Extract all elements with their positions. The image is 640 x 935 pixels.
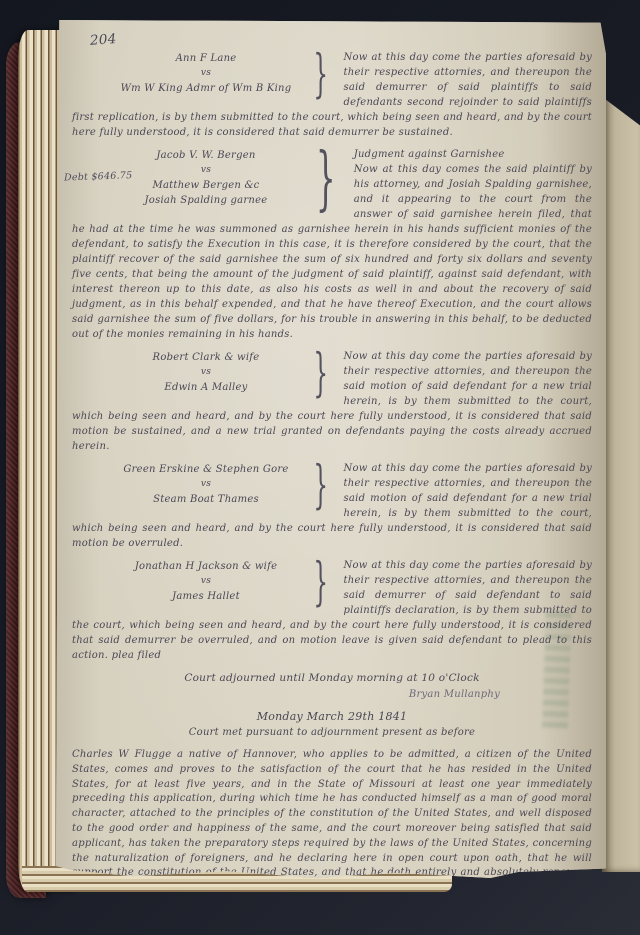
plaintiff-name: Robert Clark & wife	[153, 352, 260, 363]
ledger-page: 204 Ann F Lane vs Wm W King Admr of Wm B…	[56, 20, 606, 878]
defendant-name: Edwin A Malley	[164, 382, 247, 393]
facing-page-edge	[602, 56, 640, 872]
defendant-name: Wm W King Admr of Wm B King	[121, 83, 292, 94]
plaintiff-name: Jonathan H Jackson & wife	[135, 561, 277, 572]
court-entry-erskine-v-steamboat: Green Erskine & Stephen Gore vs Steam Bo…	[72, 461, 592, 551]
defendant-name: Matthew Bergen &c	[152, 180, 259, 191]
versus-label: vs	[108, 365, 304, 380]
versus-label: vs	[108, 574, 304, 589]
naturalization-record: Charles W Flugge a native of Hannover, w…	[72, 748, 592, 878]
plaintiff-name: Ann F Lane	[176, 53, 237, 64]
court-entry-lane-v-king: Ann F Lane vs Wm W King Admr of Wm B Kin…	[72, 50, 592, 140]
versus-label: vs	[108, 477, 304, 492]
garnishee-name: Josiah Spalding garnee	[145, 195, 268, 206]
session-date-heading: Monday March 29th 1841	[72, 708, 592, 725]
brace-icon: }	[313, 555, 328, 607]
page-number: 204	[89, 31, 117, 49]
judge-signature: Bryan Mullanphy	[72, 687, 592, 702]
brace-icon: }	[313, 346, 328, 398]
brace-icon: }	[316, 143, 336, 212]
photograph-court-ledger: { "page": { "number": "204" }, "entries"…	[0, 0, 640, 935]
defendant-name: Steam Boat Thames	[153, 494, 259, 505]
session-opening-line: Court met pursuant to adjournment presen…	[72, 725, 592, 740]
court-entry-clark-v-malley: Robert Clark & wife vs Edwin A Malley } …	[72, 349, 592, 454]
case-caption: Ann F Lane vs Wm W King Admr of Wm B Kin…	[108, 50, 336, 96]
plaintiff-name: Green Erskine & Stephen Gore	[123, 464, 288, 475]
court-entry-bergen-garnishee: Debt $646.75 Jacob V. W. Bergen vs Matth…	[72, 147, 592, 342]
case-caption: Robert Clark & wife vs Edwin A Malley }	[108, 349, 336, 395]
court-entry-jackson-v-hallet: Jonathan H Jackson & wife vs James Halle…	[72, 558, 592, 663]
case-caption: Jonathan H Jackson & wife vs James Halle…	[108, 558, 336, 604]
brace-icon: }	[313, 47, 328, 99]
versus-label: vs	[108, 66, 304, 81]
plaintiff-name: Jacob V. W. Bergen	[156, 150, 255, 161]
case-caption: Green Erskine & Stephen Gore vs Steam Bo…	[108, 461, 336, 507]
defendant-name: James Hallet	[172, 591, 240, 602]
margin-note-debt: Debt $646.75	[64, 168, 150, 186]
adjournment-line: Court adjourned until Monday morning at …	[72, 670, 592, 687]
brace-icon: }	[313, 458, 328, 510]
